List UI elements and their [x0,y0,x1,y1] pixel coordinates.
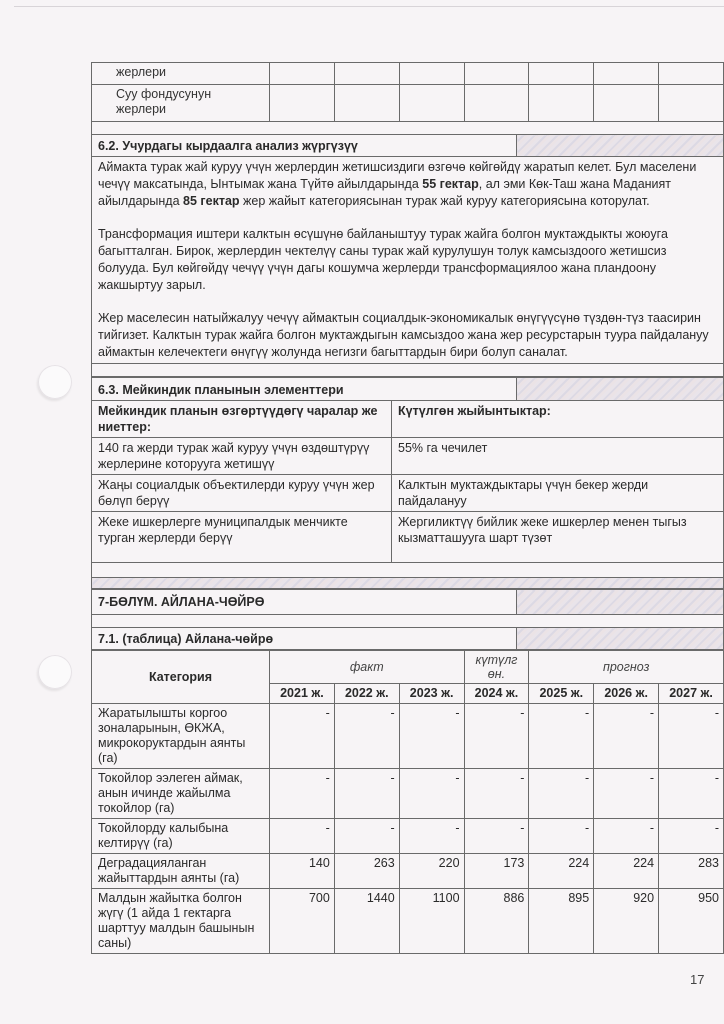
land-category-label: жерлери [92,63,270,85]
environment-table: Категория факт күтүлг өн. прогноз 2021 ж… [91,650,724,954]
section-6-2-title: 6.2. Учурдагы кырдаалга анализ жүргүзүү [92,135,517,157]
page-number: 17 [690,972,704,987]
value-cell: - [659,704,724,769]
year-header: 2025 ж. [529,684,594,704]
table-row: жерлери [92,63,724,85]
group-header-fact: факт [270,651,465,684]
year-header: 2024 ж. [464,684,529,704]
table-cell [334,63,399,85]
shaded-cell [517,378,724,401]
value-cell: - [334,704,399,769]
table-row: Суу фондусунун жерлери [92,85,724,122]
value-cell: - [464,704,529,769]
value-cell: 700 [270,889,335,954]
value-cell: 1100 [399,889,464,954]
value-cell: - [659,819,724,854]
table-cell [594,63,659,85]
punch-hole [38,655,72,689]
category-cell: Малдын жайытка болгон жүгү (1 айда 1 гек… [92,889,270,954]
table-cell [464,63,529,85]
punch-hole [38,365,72,399]
value-cell: - [659,769,724,819]
value-cell: - [529,819,594,854]
value-cell: - [594,769,659,819]
value-cell: 950 [659,889,724,954]
table-cell [529,85,594,122]
category-cell: Жаратылышты коргоо зоналарынын, ӨКЖА, ми… [92,704,270,769]
table-cell [334,85,399,122]
section-6-3: 6.3. Мейкиндик планынын элементтери Мейк… [91,377,724,589]
value-cell: - [399,769,464,819]
highlight-85-ha: 85 гектар [183,194,240,208]
document-sheet: жерлериСуу фондусунун жерлери 6.2. Учурд… [91,62,724,954]
plan-header-results: Күтүлгөн жыйынтыктар: [392,401,724,438]
value-cell: - [270,769,335,819]
table-row: Деградацияланган жайыттардын аянты (га)1… [92,854,724,889]
value-cell: - [594,819,659,854]
table-cell [270,63,335,85]
value-cell: 1440 [334,889,399,954]
table-row: Малдын жайытка болгон жүгү (1 айда 1 гек… [92,889,724,954]
table-row: Жаратылышты коргоо зоналарынын, ӨКЖА, ми… [92,704,724,769]
chapter-7: 7-БӨЛҮМ. АЙЛАНА-ЧӨЙРӨ 7.1. (таблица) Айл… [91,589,724,650]
value-cell: - [270,704,335,769]
category-cell: Деградацияланган жайыттардын аянты (га) [92,854,270,889]
spacer-row [92,563,724,578]
table-row: Токойлорду калыбына келтирүү (га)------- [92,819,724,854]
chapter-7-title: 7-БӨЛҮМ. АЙЛАНА-ЧӨЙРӨ [92,590,517,615]
value-cell: - [399,819,464,854]
year-header: 2027 ж. [659,684,724,704]
value-cell: 920 [594,889,659,954]
category-header: Категория [92,651,270,704]
value-cell: 283 [659,854,724,889]
category-cell: Токойлор ээлеген аймак, анын ичинде жайы… [92,769,270,819]
land-table-tail: жерлериСуу фондусунун жерлери [91,62,724,122]
plan-header-actions: Мейкиндик планын өзгөртүүдөгү чаралар же… [92,401,392,438]
paragraph-1: Аймакта турак жай куруу үчүн жерлердин ж… [98,159,717,210]
table-cell [399,63,464,85]
table-cell [529,63,594,85]
section-6-2-body: Аймакта турак жай куруу үчүн жерлердин ж… [92,157,724,364]
table-cell [594,85,659,122]
value-cell: - [270,819,335,854]
paragraph-3: Жер маселесин натыйжалуу чечүү аймактын … [98,310,717,361]
group-header-forecast: прогноз [529,651,724,684]
value-cell: 220 [399,854,464,889]
year-header: 2026 ж. [594,684,659,704]
paragraph-2: Трансформация иштери калктын өсүшүнө бай… [98,226,717,294]
shaded-row [92,578,724,589]
value-cell: 263 [334,854,399,889]
year-header: 2022 ж. [334,684,399,704]
shaded-cell [517,590,724,615]
year-header: 2023 ж. [399,684,464,704]
category-cell: Токойлорду калыбына келтирүү (га) [92,819,270,854]
table-row: Жаңы социалдык объектилерди куруу үчүн ж… [92,475,724,512]
value-cell: - [464,769,529,819]
group-header-expected: күтүлг өн. [464,651,529,684]
spacer-row [92,615,724,628]
value-cell: - [334,769,399,819]
shaded-cell [517,135,724,157]
value-cell: - [594,704,659,769]
table-cell [464,85,529,122]
table-row: 140 га жерди турак жай куруу үчүн өздөшт… [92,438,724,475]
table-cell [270,85,335,122]
table-cell [659,85,724,122]
value-cell: 224 [594,854,659,889]
table-row: Токойлор ээлеген аймак, анын ичинде жайы… [92,769,724,819]
value-cell: 895 [529,889,594,954]
section-6-3-title: 6.3. Мейкиндик планынын элементтери [92,378,517,401]
value-cell: - [399,704,464,769]
spacer-row [92,364,724,377]
value-cell: - [464,819,529,854]
year-header: 2021 ж. [270,684,335,704]
value-cell: - [529,769,594,819]
section-6-2: 6.2. Учурдагы кырдаалга анализ жүргүзүү … [91,122,724,377]
highlight-55-ha: 55 гектар [422,177,479,191]
value-cell: - [529,704,594,769]
page-edge [14,6,724,7]
land-category-label: Суу фондусунун жерлери [92,85,270,122]
value-cell: 173 [464,854,529,889]
table-row: Жеке ишкерлерге муниципалдык менчикте ту… [92,512,724,563]
table-cell [399,85,464,122]
spacer-row [92,122,724,135]
shaded-cell [517,628,724,650]
value-cell: - [334,819,399,854]
value-cell: 140 [270,854,335,889]
value-cell: 886 [464,889,529,954]
value-cell: 224 [529,854,594,889]
table-7-1-title: 7.1. (таблица) Айлана-чөйрө [92,628,517,650]
table-cell [659,63,724,85]
